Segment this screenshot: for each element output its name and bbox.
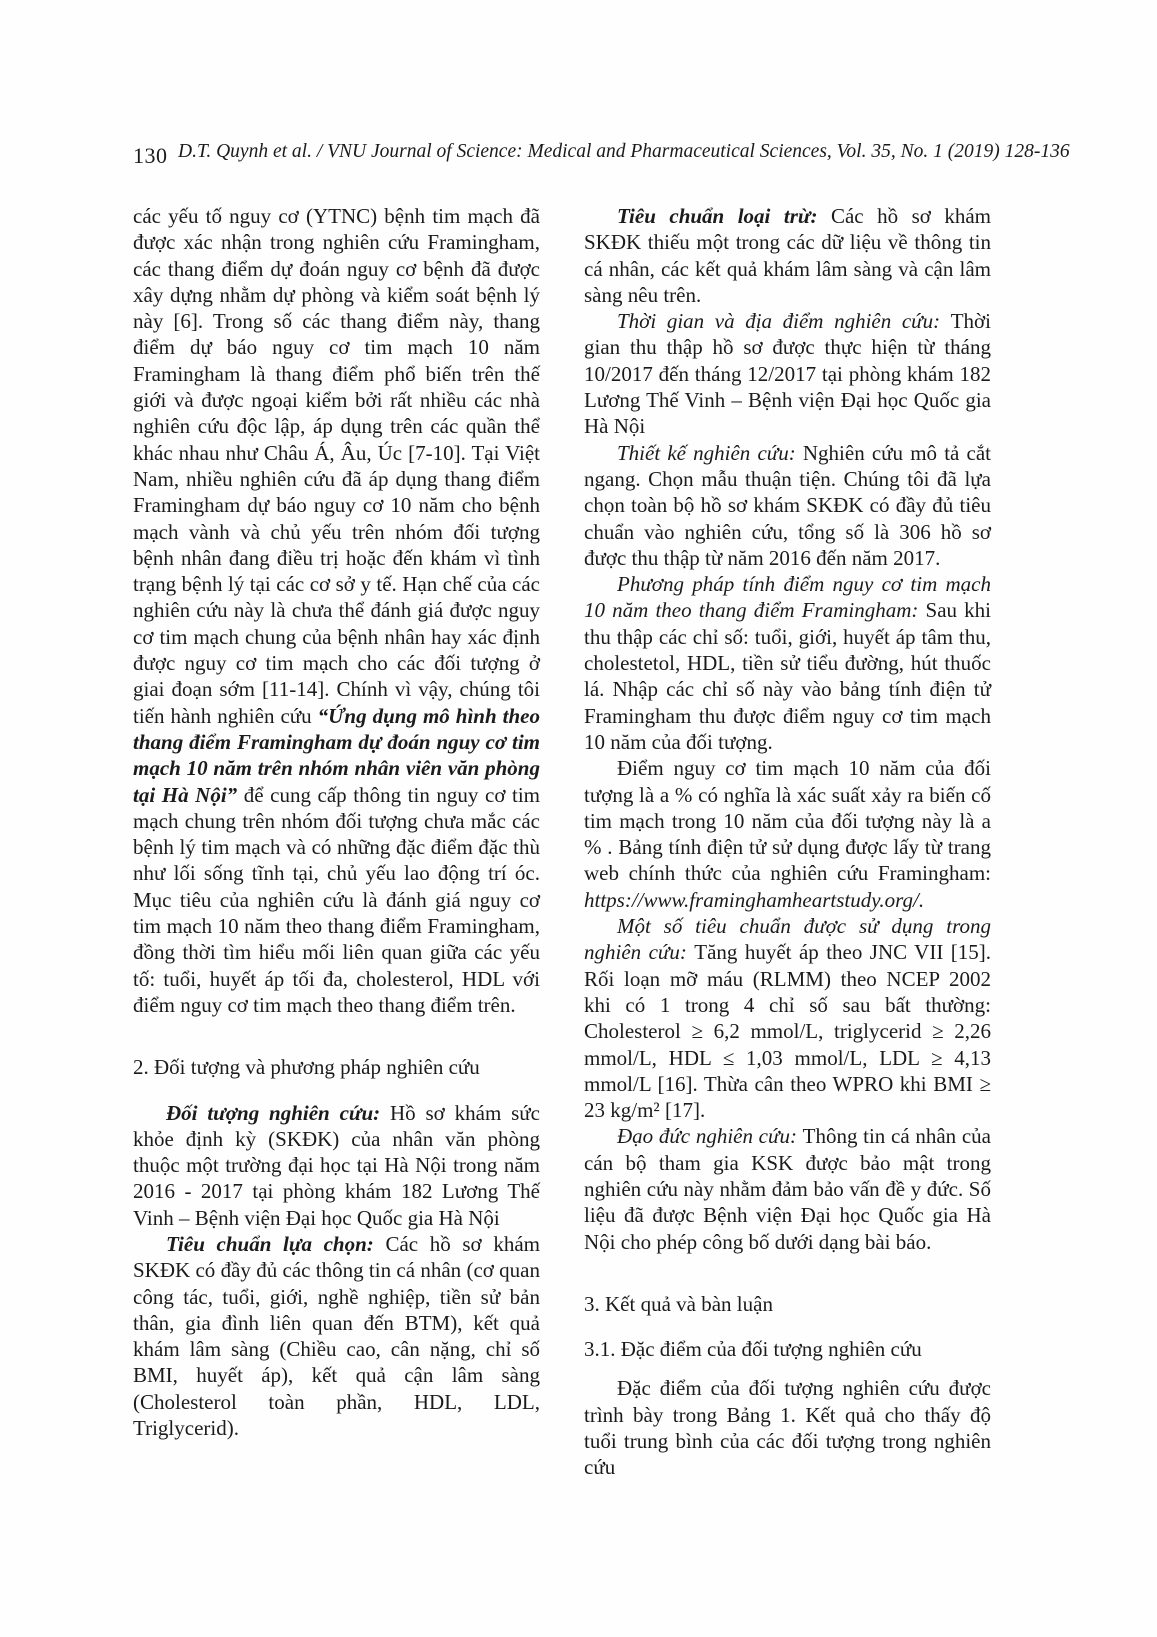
paragraph-lead: Tiêu chuẩn loại trừ:: [617, 204, 831, 228]
text-run: Đặc điểm của đối tượng nghiên cứu được t…: [584, 1376, 991, 1479]
intro-continuation-paragraph: các yếu tố nguy cơ (YTNC) bệnh tim mạch …: [133, 203, 540, 1018]
text-run: để cung cấp thông tin nguy cơ tim mạch c…: [133, 783, 540, 1017]
paragraph-lead: Thời gian và địa điểm nghiên cứu:: [617, 309, 951, 333]
journal-page: 130 D.T. Quynh et al. / VNU Journal of S…: [0, 0, 1157, 1637]
text-run: 3.1. Đặc điểm của đối tượng nghiên cứu: [584, 1337, 922, 1361]
scoring-method-paragraph: Phương pháp tính điểm nguy cơ tim mạch 1…: [584, 571, 991, 755]
text-run: Các hồ sơ khám SKĐK có đầy đủ các thông …: [133, 1232, 540, 1440]
two-column-body: các yếu tố nguy cơ (YTNC) bệnh tim mạch …: [133, 203, 991, 1481]
paragraph-lead: Đối tượng nghiên cứu:: [166, 1101, 390, 1125]
inclusion-criteria-paragraph: Tiêu chuẩn lựa chọn: Các hồ sơ khám SKĐK…: [133, 1231, 540, 1441]
time-place-paragraph: Thời gian và địa điểm nghiên cứu: Thời g…: [584, 308, 991, 439]
paragraph-lead: Tiêu chuẩn lựa chọn:: [166, 1232, 385, 1256]
text-run: Tăng huyết áp theo JNC VII [15]. Rối loạ…: [584, 940, 991, 1122]
results-intro-paragraph: Đặc điểm của đối tượng nghiên cứu được t…: [584, 1375, 991, 1480]
text-run: các yếu tố nguy cơ (YTNC) bệnh tim mạch …: [133, 204, 540, 728]
page-header: 130 D.T. Quynh et al. / VNU Journal of S…: [133, 141, 1024, 171]
section-3-heading: 3. Kết quả và bàn luận: [584, 1291, 991, 1317]
left-column: các yếu tố nguy cơ (YTNC) bệnh tim mạch …: [133, 203, 540, 1481]
page-number: 130: [133, 143, 168, 169]
paragraph-lead: Thiết kế nghiên cứu:: [617, 441, 803, 465]
running-title: D.T. Quynh et al. / VNU Journal of Scien…: [178, 141, 1024, 163]
framingham-url-link[interactable]: https://www.framinghamheartstudy.org/.: [584, 888, 924, 912]
text-run: 3. Kết quả và bàn luận: [584, 1292, 773, 1316]
risk-score-meaning-paragraph: Điểm nguy cơ tim mạch 10 năm của đối tượ…: [584, 755, 991, 913]
right-column: Tiêu chuẩn loại trừ: Các hồ sơ khám SKĐK…: [584, 203, 991, 1481]
ethics-paragraph: Đạo đức nghiên cứu: Thông tin cá nhân củ…: [584, 1123, 991, 1254]
section-2-heading: 2. Đối tượng và phương pháp nghiên cứu: [133, 1054, 540, 1080]
text-run: 2. Đối tượng và phương pháp nghiên cứu: [133, 1055, 480, 1079]
study-design-paragraph: Thiết kế nghiên cứu: Nghiên cứu mô tả cắ…: [584, 440, 991, 571]
criteria-used-paragraph: Một số tiêu chuẩn được sử dụng trong ngh…: [584, 913, 991, 1123]
paragraph-lead: Đạo đức nghiên cứu:: [617, 1124, 803, 1148]
exclusion-criteria-paragraph: Tiêu chuẩn loại trừ: Các hồ sơ khám SKĐK…: [584, 203, 991, 308]
study-subjects-paragraph: Đối tượng nghiên cứu: Hồ sơ khám sức khỏ…: [133, 1100, 540, 1231]
section-3-1-heading: 3.1. Đặc điểm của đối tượng nghiên cứu: [584, 1336, 991, 1362]
text-run: Điểm nguy cơ tim mạch 10 năm của đối tượ…: [584, 756, 991, 885]
